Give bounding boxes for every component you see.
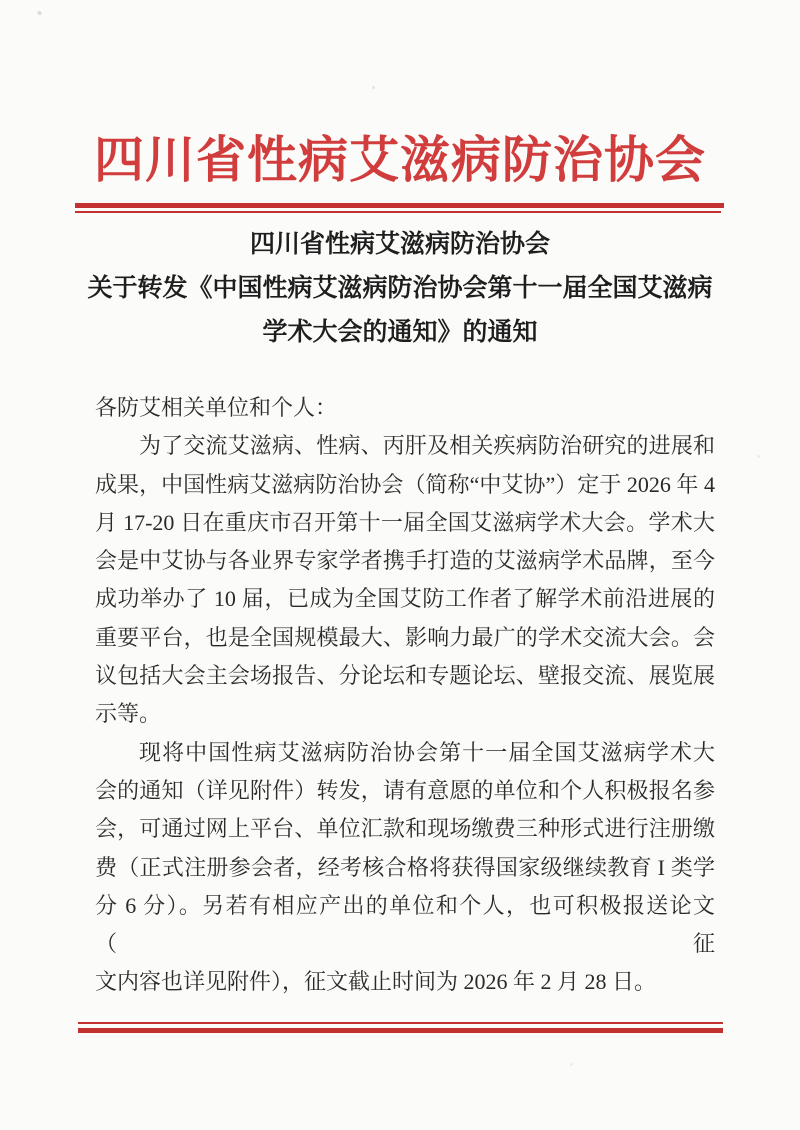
letterhead-rule-thick <box>75 203 724 208</box>
scan-speck <box>757 455 760 458</box>
scan-speck <box>570 1063 573 1066</box>
body-text: 各防艾相关单位和个人： 为了交流艾滋病、性病、丙肝及相关疾病防治研究的进展和成果… <box>95 389 715 1002</box>
body-text-line: 会的通知（详见附件）转发，请有意愿的单位和个人积极报名参 <box>95 772 715 810</box>
body-text-line: 费（正式注册参会者，经考核合格将获得国家级继续教育 I 类学 <box>95 849 715 887</box>
scanned-document-page: 四川省性病艾滋病防治协会 四川省性病艾滋病防治协会关于转发《中国性病艾滋病防治协… <box>0 0 800 1130</box>
body-text-line: 现将中国性病艾滋病防治协会第十一届全国艾滋病学术大 <box>95 734 715 772</box>
letterhead-rule-thin <box>75 211 721 213</box>
body-text-line: 文内容也详见附件），征文截止时间为 2026 年 2 月 28 日。 <box>95 963 715 1001</box>
body-text-line: 月 17-20 日在重庆市召开第十一届全国艾滋病学术大会。学术大 <box>95 504 715 542</box>
body-text-line: 成果，中国性病艾滋病防治协会（简称“中艾协”）定于 2026 年 4 <box>95 466 715 504</box>
body-text-line: 示等。 <box>95 695 715 733</box>
body-text-line: 会，可通过网上平台、单位汇款和现场缴费三种形式进行注册缴 <box>95 810 715 848</box>
body-text-line: 重要平台，也是全国规模最大、影响力最广的学术交流大会。会 <box>95 619 715 657</box>
body-text-line: 会是中艾协与各业界专家学者携手打造的艾滋病学术品牌，至今 <box>95 542 715 580</box>
letterhead-org-name: 四川省性病艾滋病防治协会 <box>0 124 800 196</box>
paragraph-1: 为了交流艾滋病、性病、丙肝及相关疾病防治研究的进展和成果，中国性病艾滋病防治协会… <box>95 427 715 733</box>
footer-rule-thin <box>78 1022 723 1024</box>
body-text-line: 分 6 分）。另若有相应产出的单位和个人，也可积极报送论文（征 <box>95 887 715 964</box>
document-title: 四川省性病艾滋病防治协会关于转发《中国性病艾滋病防治协会第十一届全国艾滋病学术大… <box>0 222 800 354</box>
body-text-line: 成功举办了 10 届，已成为全国艾防工作者了解学术前沿进展的 <box>95 580 715 618</box>
scan-speck <box>36 10 42 16</box>
document-title-line: 学术大会的通知》的通知 <box>0 310 800 354</box>
body-text-line: 为了交流艾滋病、性病、丙肝及相关疾病防治研究的进展和 <box>95 427 715 465</box>
footer-rule-thick <box>78 1028 723 1033</box>
document-title-line: 关于转发《中国性病艾滋病防治协会第十一届全国艾滋病 <box>0 266 800 310</box>
paragraph-2: 现将中国性病艾滋病防治协会第十一届全国艾滋病学术大会的通知（详见附件）转发，请有… <box>95 734 715 1002</box>
document-title-line: 四川省性病艾滋病防治协会 <box>0 222 800 266</box>
body-text-line: 议包括大会主会场报告、分论坛和专题论坛、壁报交流、展览展 <box>95 657 715 695</box>
scan-speck <box>372 86 375 89</box>
salutation: 各防艾相关单位和个人： <box>95 389 715 427</box>
